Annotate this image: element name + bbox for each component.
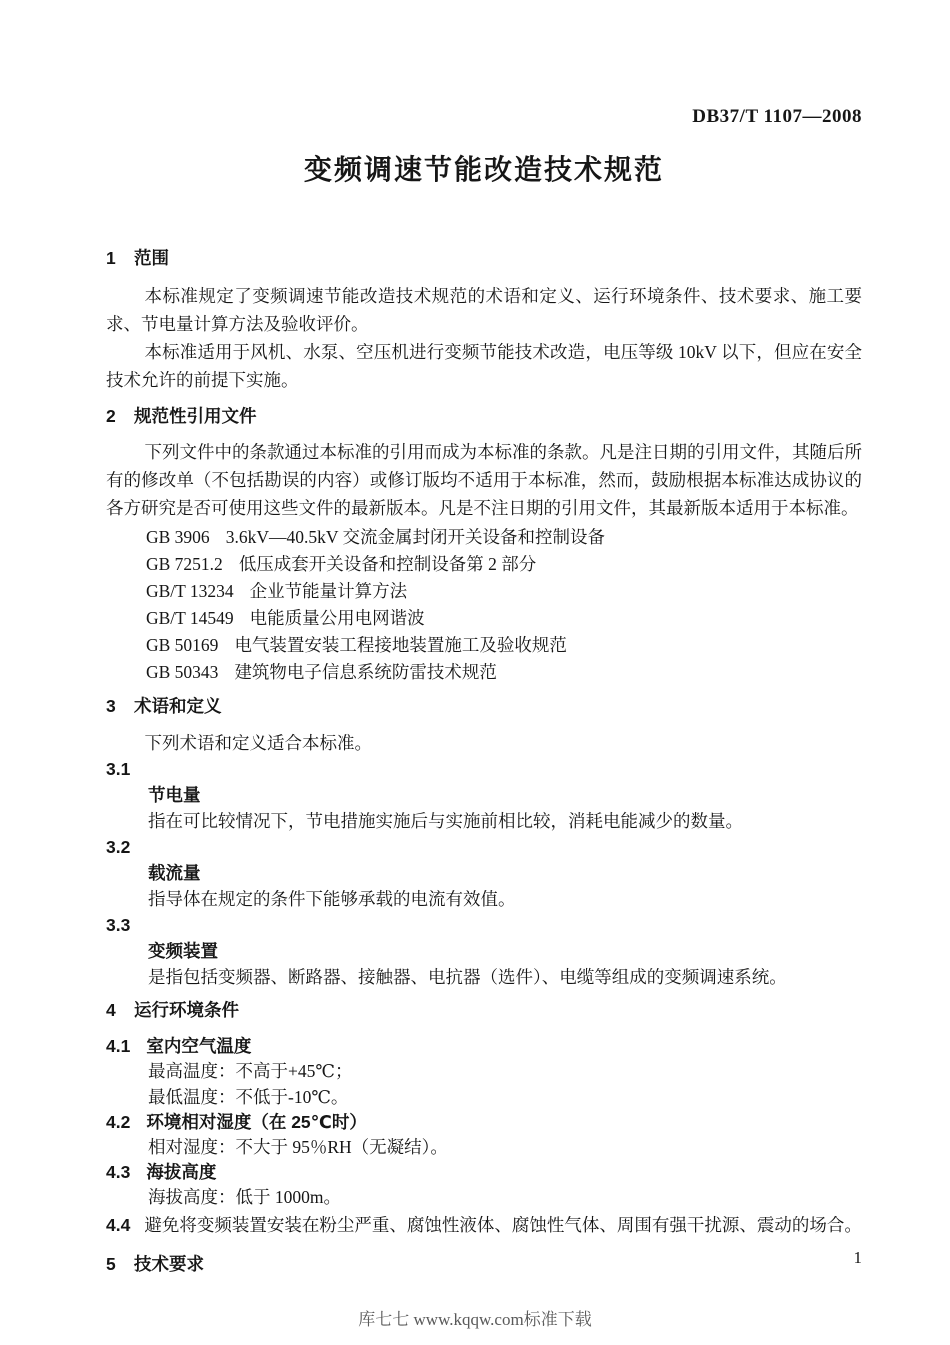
section-3-title: 术语和定义	[134, 696, 222, 716]
reference-code: GB 7251.2	[146, 554, 223, 574]
reference-code: GB 50169	[146, 635, 218, 655]
reference-title: 电气装置安装工程接地装置施工及验收规范	[234, 635, 567, 655]
section-3-number: 3	[106, 694, 134, 718]
subsection-4-2-title: 环境相对湿度（在 25℃时）	[146, 1112, 367, 1132]
section-3-intro: 下列术语和定义适合本标准。	[106, 730, 862, 756]
subsection-4-2: 4.2环境相对湿度（在 25℃时） 相对湿度：不大于 95％RH（无凝结）。	[106, 1110, 862, 1160]
condition-line: 海拔高度：低于 1000m。	[106, 1184, 862, 1210]
term-number: 3.3	[106, 912, 862, 938]
subsection-4-3: 4.3海拔高度 海拔高度：低于 1000m。	[106, 1160, 862, 1210]
section-2-heading: 2规范性引用文件	[106, 404, 862, 428]
subsection-4-1-number: 4.1	[106, 1036, 130, 1056]
reference-item: GB/T 14549电能质量公用电网谐波	[106, 605, 862, 632]
condition-line: 最高温度：不高于+45℃；	[106, 1058, 862, 1084]
reference-title: 企业节能量计算方法	[250, 581, 408, 601]
terms-list: 3.1 节电量 指在可比较情况下，节电措施实施后与实施前相比较，消耗电能减少的数…	[106, 756, 862, 990]
term-name: 载流量	[106, 860, 862, 886]
section-4-heading: 4运行环境条件	[106, 998, 862, 1022]
term-entry: 3.3 变频装置 是指包括变频器、断路器、接触器、电抗器（选件）、电缆等组成的变…	[106, 912, 862, 990]
term-number: 3.2	[106, 834, 862, 860]
reference-item: GB 50169电气装置安装工程接地装置施工及验收规范	[106, 632, 862, 659]
subsection-4-2-heading: 4.2环境相对湿度（在 25℃时）	[106, 1110, 862, 1134]
reference-title: 建筑物电子信息系统防雷技术规范	[234, 662, 497, 682]
term-entry: 3.1 节电量 指在可比较情况下，节电措施实施后与实施前相比较，消耗电能减少的数…	[106, 756, 862, 834]
term-definition: 指在可比较情况下，节电措施实施后与实施前相比较，消耗电能减少的数量。	[106, 808, 862, 834]
standard-number: DB37/T 1107—2008	[106, 106, 862, 128]
document-title: 变频调速节能改造技术规范	[106, 148, 862, 188]
section-1-number: 1	[106, 246, 134, 270]
reference-title: 电能质量公用电网谐波	[250, 608, 425, 628]
subsection-4-4: 4.4避免将变频装置安装在粉尘严重、腐蚀性液体、腐蚀性气体、周围有强干扰源、震动…	[106, 1212, 862, 1238]
page-content: DB37/T 1107—2008 变频调速节能改造技术规范 1范围 本标准规定了…	[106, 0, 862, 1276]
document-page: DB37/T 1107—2008 变频调速节能改造技术规范 1范围 本标准规定了…	[0, 0, 950, 1345]
reference-list: GB 39063.6kV—40.5kV 交流金属封闭开关设备和控制设备 GB 7…	[106, 524, 862, 686]
subsection-4-1-title: 室内空气温度	[146, 1036, 251, 1056]
reference-code: GB/T 14549	[146, 608, 234, 628]
condition-line: 最低温度：不低于-10℃。	[106, 1084, 862, 1110]
section-4-number: 4	[106, 998, 134, 1022]
section-5-title: 技术要求	[134, 1254, 204, 1274]
term-name: 变频装置	[106, 938, 862, 964]
subsection-4-3-heading: 4.3海拔高度	[106, 1160, 862, 1184]
term-definition: 是指包括变频器、断路器、接触器、电抗器（选件）、电缆等组成的变频调速系统。	[106, 964, 862, 990]
subsection-4-3-number: 4.3	[106, 1162, 130, 1182]
reference-title: 3.6kV—40.5kV 交流金属封闭开关设备和控制设备	[226, 527, 605, 547]
term-name: 节电量	[106, 782, 862, 808]
reference-code: GB/T 13234	[146, 581, 234, 601]
section-2-number: 2	[106, 404, 134, 428]
reference-item: GB 7251.2低压成套开关设备和控制设备第 2 部分	[106, 551, 862, 578]
condition-line: 相对湿度：不大于 95％RH（无凝结）。	[106, 1134, 862, 1160]
section-1-title: 范围	[134, 248, 169, 268]
subsection-4-1: 4.1室内空气温度 最高温度：不高于+45℃； 最低温度：不低于-10℃。	[106, 1034, 862, 1110]
section-1-paragraph-2: 本标准适用于风机、水泵、空压机进行变频节能技术改造，电压等级 10kV 以下，但…	[106, 338, 862, 394]
section-1-paragraph-1: 本标准规定了变频调速节能改造技术规范的术语和定义、运行环境条件、技术要求、施工要…	[106, 282, 862, 338]
watermark-footer: 库七七 www.kqqw.com标准下载	[0, 1305, 950, 1330]
subsection-4-2-number: 4.2	[106, 1112, 130, 1132]
reference-item: GB 39063.6kV—40.5kV 交流金属封闭开关设备和控制设备	[106, 524, 862, 551]
reference-item: GB 50343建筑物电子信息系统防雷技术规范	[106, 659, 862, 686]
term-definition: 指导体在规定的条件下能够承载的电流有效值。	[106, 886, 862, 912]
section-1-heading: 1范围	[106, 246, 862, 270]
reference-code: GB 50343	[146, 662, 218, 682]
section-5-number: 5	[106, 1252, 134, 1276]
reference-title: 低压成套开关设备和控制设备第 2 部分	[239, 554, 537, 574]
term-entry: 3.2 载流量 指导体在规定的条件下能够承载的电流有效值。	[106, 834, 862, 912]
section-2-title: 规范性引用文件	[134, 406, 257, 426]
section-2-paragraph-1: 下列文件中的条款通过本标准的引用而成为本标准的条款。凡是注日期的引用文件，其随后…	[106, 438, 862, 522]
section-5-heading: 5技术要求	[106, 1252, 862, 1276]
subsection-4-4-text: 避免将变频装置安装在粉尘严重、腐蚀性液体、腐蚀性气体、周围有强干扰源、震动的场合…	[144, 1215, 862, 1235]
term-number: 3.1	[106, 756, 862, 782]
subsection-4-4-number: 4.4	[106, 1215, 130, 1235]
subsection-4-3-title: 海拔高度	[146, 1162, 216, 1182]
page-number: 1	[854, 1248, 863, 1268]
section-4-title: 运行环境条件	[134, 1000, 239, 1020]
subsection-4-1-heading: 4.1室内空气温度	[106, 1034, 862, 1058]
reference-code: GB 3906	[146, 527, 210, 547]
reference-item: GB/T 13234企业节能量计算方法	[106, 578, 862, 605]
section-3-heading: 3术语和定义	[106, 694, 862, 718]
